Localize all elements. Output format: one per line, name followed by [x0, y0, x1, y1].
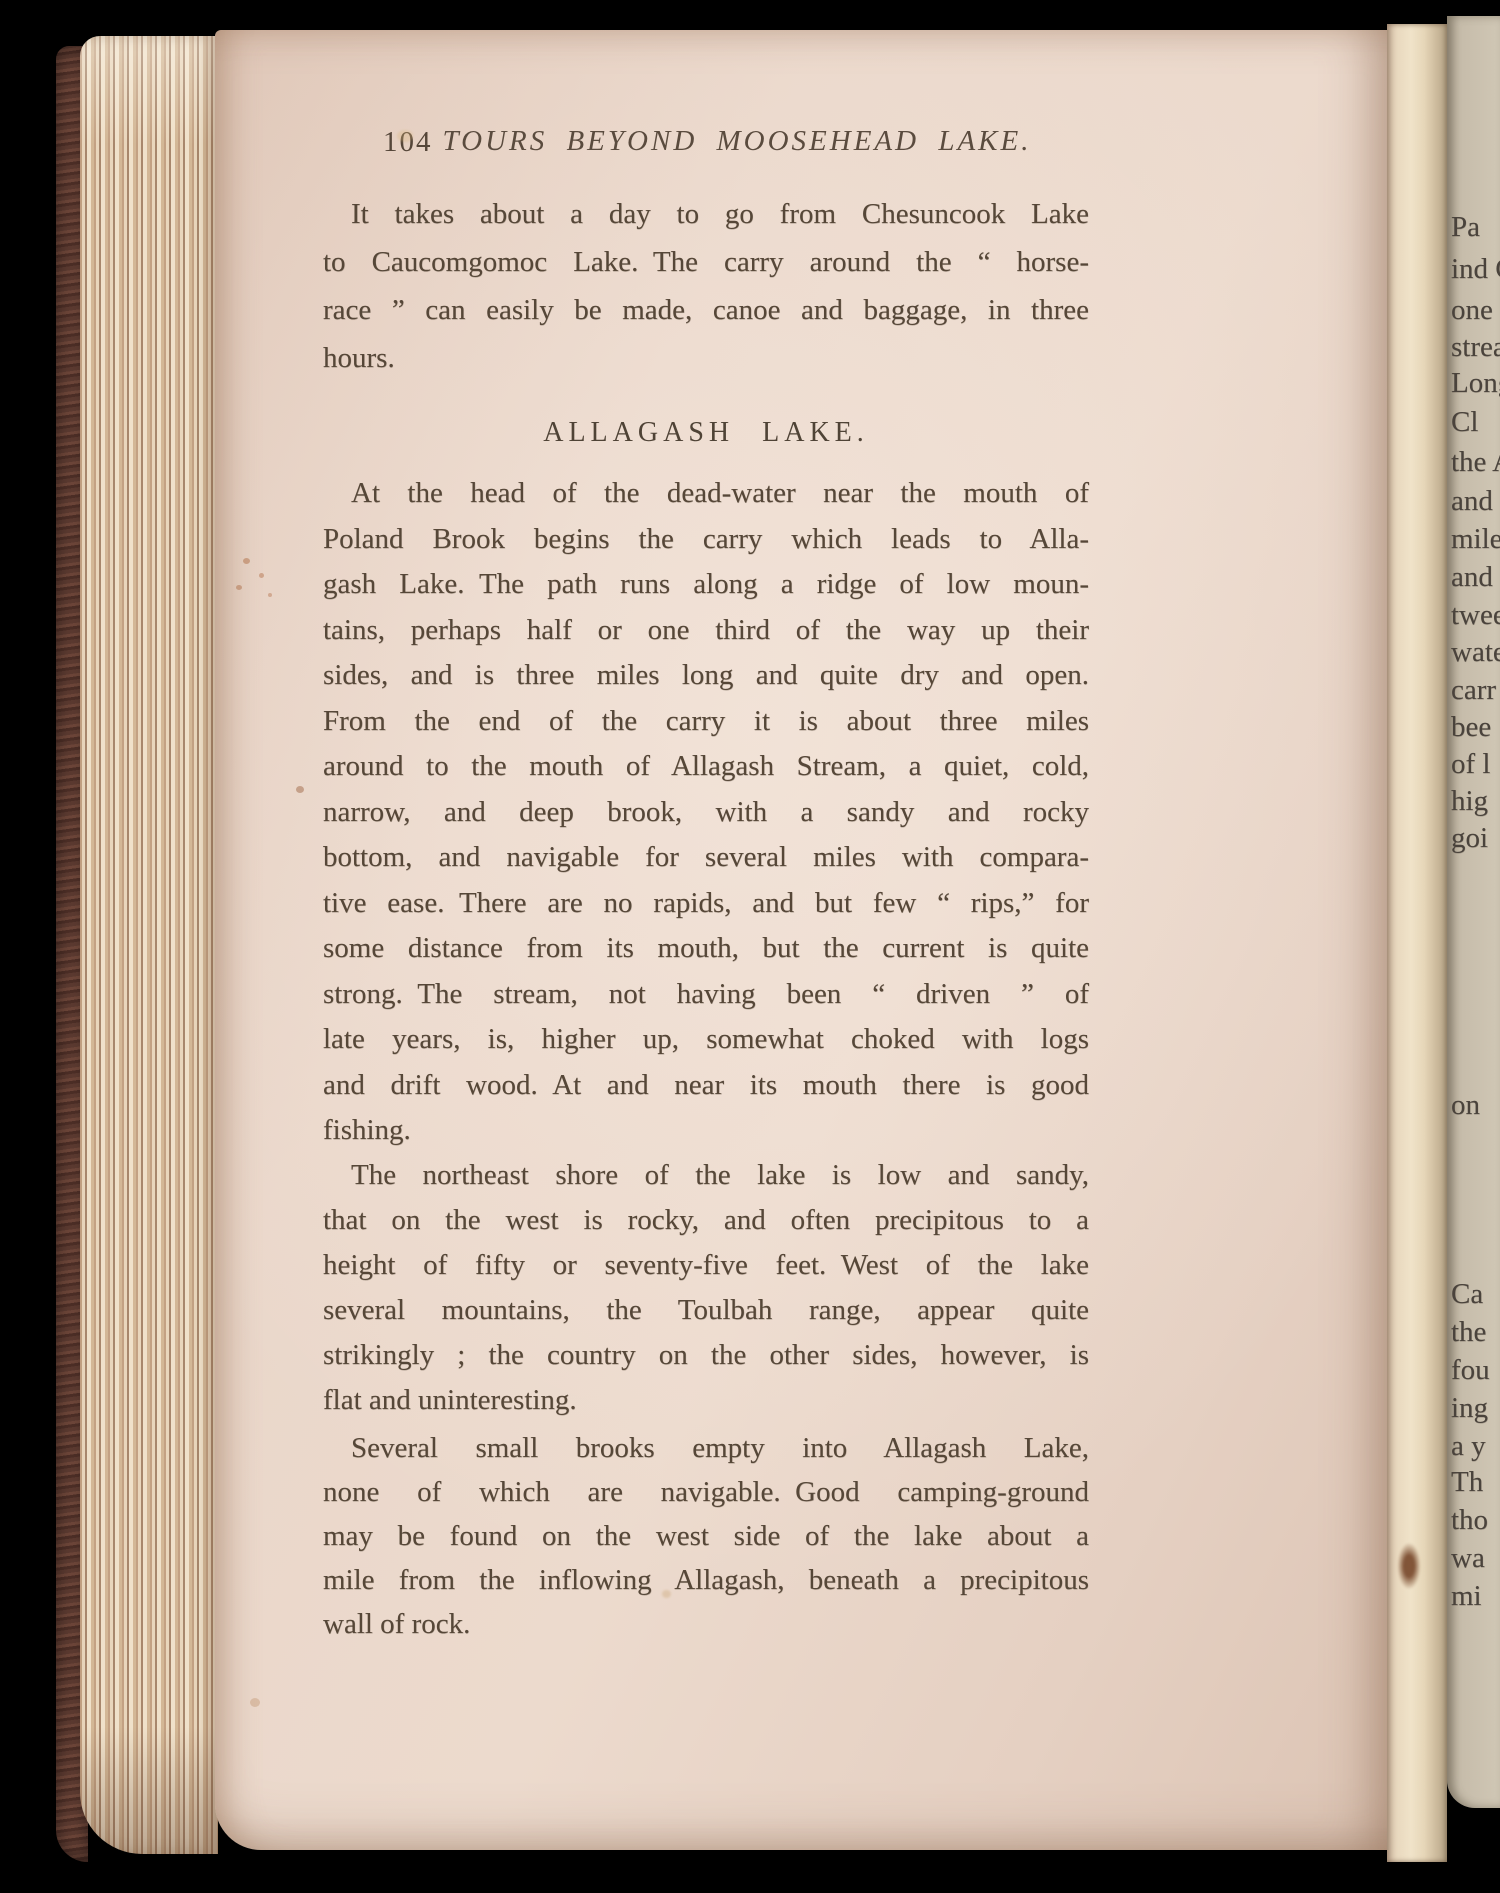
fragment-line: fou: [1451, 1354, 1490, 1387]
stain: [296, 786, 304, 793]
stain: [243, 558, 250, 564]
fragment-line: ing: [1451, 1392, 1488, 1425]
fragment-line: and: [1451, 561, 1493, 594]
text-line: wall of rock.: [323, 1602, 1089, 1646]
fragment-line: Ca: [1451, 1278, 1483, 1311]
text-line: around to the mouth of Allagash Stream, …: [323, 744, 1089, 790]
text-line: Several small brooks empty into Allagash…: [323, 1426, 1089, 1470]
fragment-line: Th: [1451, 1466, 1483, 1499]
text-line: race ” can easily be made, canoe and bag…: [323, 286, 1089, 334]
text-line: tains, perhaps half or one third of the …: [323, 608, 1089, 654]
text-line: that on the west is rocky, and often pre…: [323, 1198, 1089, 1243]
text-line: mile from the inflowing Allagash, beneat…: [323, 1558, 1089, 1602]
text-line: none of which are navigable. Good campin…: [323, 1470, 1089, 1514]
fragment-line: the: [1451, 1316, 1486, 1349]
fragment-line: a y: [1451, 1430, 1486, 1463]
left-page: 104 TOURS BEYOND MOOSEHEAD LAKE. It take…: [215, 30, 1387, 1850]
text-line: hours.: [323, 334, 1089, 382]
stain: [236, 585, 242, 590]
running-title: TOURS BEYOND MOOSEHEAD LAKE.: [377, 125, 1097, 158]
text-line: Poland Brook begins the carry which lead…: [323, 517, 1089, 563]
stain: [250, 1698, 260, 1707]
fragment-line: on: [1451, 1089, 1480, 1122]
fragment-line: ind C: [1451, 253, 1500, 286]
fragment-line: and: [1451, 485, 1493, 518]
fragment-line: carr: [1451, 674, 1496, 707]
paragraph: At the head of the dead-water near the m…: [323, 471, 1089, 1154]
text-line: From the end of the carry it is about th…: [323, 699, 1089, 745]
fragment-line: hig: [1451, 785, 1488, 818]
paragraph: Several small brooks empty into Allagash…: [323, 1426, 1089, 1646]
text-line: height of fifty or seventy-five feet. We…: [323, 1243, 1089, 1288]
paragraph: It takes about a day to go from Chesunco…: [323, 190, 1089, 382]
text-line: strong. The stream, not having been “ dr…: [323, 972, 1089, 1018]
text-line: fishing.: [323, 1108, 1089, 1154]
text-line: bottom, and navigable for several miles …: [323, 835, 1089, 881]
paragraph: The northeast shore of the lake is low a…: [323, 1153, 1089, 1423]
text-line: The northeast shore of the lake is low a…: [323, 1153, 1089, 1198]
fragment-line: bee: [1451, 711, 1491, 744]
fragment-line: goi: [1451, 822, 1488, 855]
fragment-line: wa: [1451, 1542, 1485, 1575]
stain: [259, 573, 264, 578]
next-page-sliver: Pa ind C one i strea Long Cl the A and m…: [1447, 16, 1500, 1808]
fragment-line: tho: [1451, 1504, 1488, 1537]
text-line: may be found on the west side of the lak…: [323, 1514, 1089, 1558]
fragment-line: strea: [1451, 331, 1500, 364]
fragment-line: of l: [1451, 748, 1490, 781]
fragment-line: Cl: [1451, 406, 1478, 439]
text-line: tive ease. There are no rapids, and but …: [323, 881, 1089, 927]
fragment-line: the A: [1451, 446, 1500, 479]
text-line: strikingly ; the country on the other si…: [323, 1333, 1089, 1378]
stain: [268, 593, 272, 597]
section-heading: ALLAGASH LAKE.: [323, 417, 1089, 449]
text-line: narrow, and deep brook, with a sandy and…: [323, 790, 1089, 836]
text-line: several mountains, the Toulbah range, ap…: [323, 1288, 1089, 1333]
page-stack-edge: [80, 36, 218, 1854]
fragment-line: Long: [1451, 367, 1500, 400]
text-line: gash Lake. The path runs along a ridge o…: [323, 562, 1089, 608]
text-line: some distance from its mouth, but the cu…: [323, 926, 1089, 972]
text-line: At the head of the dead-water near the m…: [323, 471, 1089, 517]
text-line: It takes about a day to go from Chesunco…: [323, 190, 1089, 238]
text-line: to Caucomgomoc Lake. The carry around th…: [323, 238, 1089, 286]
stain: [1394, 1536, 1424, 1596]
fragment-line: mile: [1451, 523, 1500, 556]
text-line: and drift wood. At and near its mouth th…: [323, 1063, 1089, 1109]
text-line: sides, and is three miles long and quite…: [323, 653, 1089, 699]
fragment-line: Pa: [1451, 211, 1480, 244]
fragment-line: twee: [1451, 599, 1500, 632]
text-line: flat and uninteresting.: [323, 1378, 1089, 1423]
text-line: late years, is, higher up, somewhat chok…: [323, 1017, 1089, 1063]
fragment-line: mi: [1451, 1580, 1482, 1613]
fragment-line: wate: [1451, 636, 1500, 669]
fragment-line: one i: [1451, 294, 1500, 327]
book-photo: 104 TOURS BEYOND MOOSEHEAD LAKE. It take…: [0, 0, 1500, 1893]
